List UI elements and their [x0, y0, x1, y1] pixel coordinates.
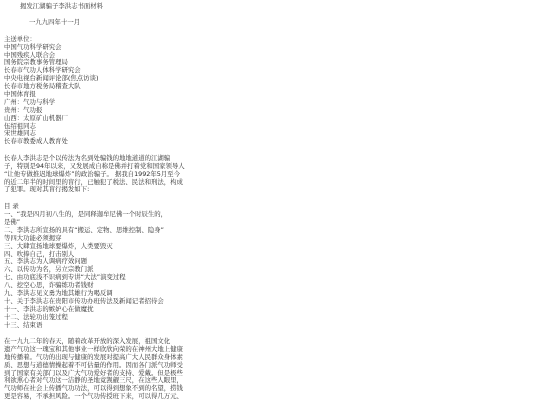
body-paragraph: 在一九九二年的春天，随着改革开放的深入发展，祖国文化 遗产气功这一瑰宝和其他事业…: [4, 338, 274, 400]
recipients-section: 主送单位： 中国气功科学研究会 中国残疾人联合会 国务院宗教事务管理局 长春市气…: [4, 36, 274, 146]
document-title: 揭发江湖骗子李洪志书面材料: [20, 3, 274, 11]
intro-paragraph: 长春人李洪志是个以传法为名到处骗钱的地地道道的江湖骗 子，特别是94年以来，又发…: [4, 155, 274, 194]
recipient-item: 伍绍祖同志: [4, 123, 274, 131]
recipient-item: 长春市教委成人教育处: [4, 138, 274, 146]
toc-item: 十二、法轮功出笼过程: [4, 314, 274, 322]
toc-item: 十三、结束语: [4, 322, 274, 330]
document-page: 揭发江湖骗子李洪志书面材料 一九九四年十一月 主送单位： 中国气功科学研究会 中…: [4, 3, 274, 401]
recipient-item: 长春市地方税务局稽查大队: [4, 83, 274, 91]
spacer: [4, 194, 274, 203]
spacer: [4, 27, 274, 36]
recipient-item: 广州：气功与科学: [4, 99, 274, 107]
toc-item: 一、“我是四月初八生的，是同释迦牟尼佛一个时辰生的，: [4, 211, 274, 219]
document-date: 一九九四年十一月: [29, 19, 274, 27]
paragraph-line: 了犯罪。现对其盲行揭发如下:: [4, 186, 274, 194]
paragraph-line: 更是容易，不承担风险。一个气功传授班下来，可以得几万元、: [4, 393, 274, 401]
recipient-item: 山西：太原矿山机器厂: [4, 115, 274, 123]
table-of-contents: 目 录 一、“我是四月初八生的，是同释迦牟尼佛一个时辰生的， 是佛” 二、李洪志…: [4, 203, 274, 329]
